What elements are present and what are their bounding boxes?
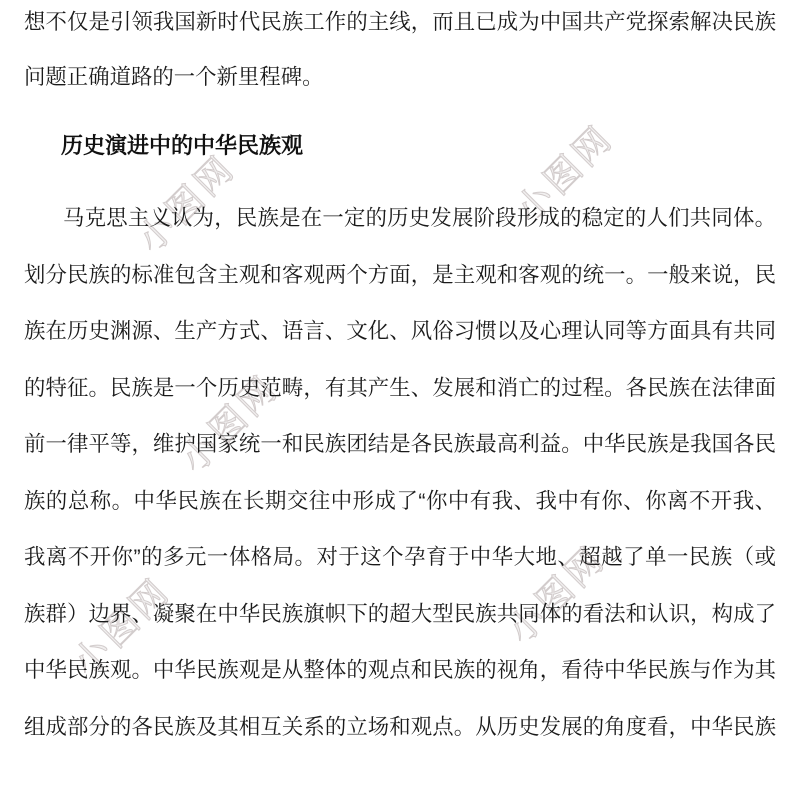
text-line: 前一律平等，维护国家统一和民族团结是各民族最高利益。中华民族是我国各民 — [24, 416, 776, 473]
text-line: 组成部分的各民族及其相互关系的立场和观点。从历史发展的角度看，中华民族 — [24, 699, 776, 756]
document-page: 小图网小图网小图网小图网小图网 想不仅是引领我国新时代民族工作的主线，而且已成为… — [0, 0, 800, 800]
text-line: 族在历史渊源、生产方式、语言、文化、风俗习惯以及心理认同等方面具有共同 — [24, 303, 776, 360]
text-line: 想不仅是引领我国新时代民族工作的主线，而且已成为中国共产党探索解决民族 — [24, 0, 776, 50]
text-line: 族的总称。中华民族在长期交往中形成了“你中有我、我中有你、你离不开我、 — [24, 473, 776, 530]
paragraph-main: 马克思主义认为，民族是在一定的历史发展阶段形成的稳定的人们共同体。划分民族的标准… — [24, 190, 776, 755]
paragraph-fragment: 想不仅是引领我国新时代民族工作的主线，而且已成为中国共产党探索解决民族问题正确道… — [24, 0, 776, 105]
text-line: 我离不开你”的多元一体格局。对于这个孕育于中华大地、超越了单一民族（或 — [24, 529, 776, 586]
text-line: 的特征。民族是一个历史范畴，有其产生、发展和消亡的过程。各民族在法律面 — [24, 360, 776, 417]
text-line: 中华民族观。中华民族观是从整体的观点和民族的视角，看待中华民族与作为其 — [24, 642, 776, 699]
text-line: 划分民族的标准包含主观和客观两个方面，是主观和客观的统一。一般来说，民 — [24, 247, 776, 304]
document-content: 想不仅是引领我国新时代民族工作的主线，而且已成为中国共产党探索解决民族问题正确道… — [0, 0, 800, 800]
text-line: 问题正确道路的一个新里程碑。 — [24, 50, 776, 105]
text-line: 马克思主义认为，民族是在一定的历史发展阶段形成的稳定的人们共同体。 — [24, 190, 776, 247]
text-line: 族群）边界、凝聚在中华民族旗帜下的超大型民族共同体的看法和认识，构成了 — [24, 586, 776, 643]
section-heading: 历史演进中的中华民族观 — [24, 118, 776, 175]
